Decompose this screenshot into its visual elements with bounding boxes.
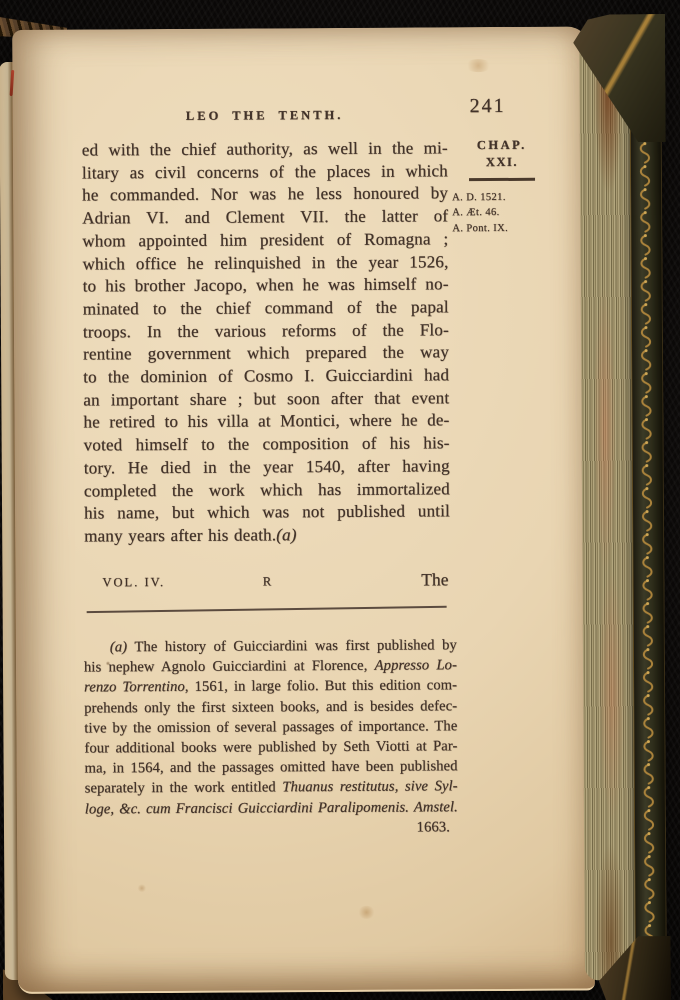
running-head: LEO THE TENTH. bbox=[82, 107, 448, 124]
foxing-spot bbox=[357, 906, 375, 919]
footnote-line: (a) The history of Guicciardini was firs… bbox=[84, 635, 457, 657]
body-line: many years after his death.(a) bbox=[84, 523, 450, 548]
body-line: rentine government which prepared the wa… bbox=[83, 342, 449, 367]
foxing-spot bbox=[137, 884, 146, 892]
marginal-note-pontificate: A. Pont. IX. bbox=[450, 220, 554, 236]
body-text: ed with the chief authority, as well in … bbox=[82, 137, 450, 548]
body-line: Adrian VI. and Clement VII. the latter o… bbox=[82, 205, 448, 230]
fore-edge-page-stack bbox=[579, 32, 637, 980]
body-line: tory. He died in the year 1540, after ha… bbox=[84, 455, 450, 480]
footnote-line: ma, in 1564, and the passages omitted ha… bbox=[85, 756, 458, 778]
book-page: LEO THE TENTH. 241 ed with the chief aut… bbox=[12, 26, 595, 994]
margin-rule bbox=[469, 178, 535, 181]
footnote-line: tive by the omission of several passages… bbox=[84, 716, 457, 738]
chapter-number: XXI. bbox=[450, 154, 554, 172]
body-line: which office he relinquished in the year… bbox=[82, 251, 448, 276]
body-line: his name, but which was not published un… bbox=[84, 501, 450, 526]
footnote: (a) The history of Guicciardini was firs… bbox=[84, 635, 458, 839]
footnote-line: separately in the work entitled Thuanus … bbox=[85, 777, 458, 799]
foxing-spot bbox=[464, 59, 492, 72]
signature-mark: R bbox=[263, 574, 272, 589]
footnote-reference-marker: (a) bbox=[276, 525, 297, 544]
footnote-line: loge, &c. cum Francisci Guicciardini Par… bbox=[85, 797, 458, 819]
footnote-rule bbox=[87, 606, 447, 613]
body-line: troops. In the various reforms of the Fl… bbox=[83, 319, 449, 344]
chapter-heading: CHAP. bbox=[450, 137, 554, 155]
catchword: The bbox=[421, 569, 448, 590]
signature-line: VOL. IV. R The bbox=[84, 569, 450, 595]
marginal-notes: CHAP. XXI. A. D. 1521. A. Æt. 46. A. Pon… bbox=[450, 137, 555, 237]
volume-label: VOL. IV. bbox=[102, 575, 165, 590]
body-line: litary as civil concerns of the places i… bbox=[82, 160, 448, 185]
cover-board-edge bbox=[629, 16, 667, 998]
body-line: an important share ; but soon after that… bbox=[83, 387, 449, 412]
body-line: ed with the chief authority, as well in … bbox=[82, 137, 448, 162]
footnote-line: 1663. bbox=[85, 817, 458, 839]
body-line: whom appointed him president of Romagna … bbox=[82, 228, 448, 253]
marginal-note-date: A. D. 1521. bbox=[450, 189, 554, 205]
footnote-line: four additional books were published by … bbox=[84, 736, 457, 758]
body-line: he retired to his villa at Montici, wher… bbox=[83, 410, 449, 435]
body-line: he commanded. Nor was he less honoured b… bbox=[82, 183, 448, 208]
body-line: completed the work which has immortalize… bbox=[84, 478, 450, 503]
body-line: voted himself to the composition of his … bbox=[84, 432, 450, 457]
body-line: minated to the chief command of the papa… bbox=[83, 296, 449, 321]
footnote-line: renzo Torrentino, 1561, in large folio. … bbox=[84, 676, 457, 698]
gilt-scroll-pattern bbox=[634, 26, 660, 986]
marginal-note-age: A. Æt. 46. bbox=[450, 205, 554, 221]
open-book: LEO THE TENTH. 241 ed with the chief aut… bbox=[0, 8, 675, 997]
page-number: 241 bbox=[470, 95, 506, 118]
footnote-line: prehends only the first sixteen books, a… bbox=[84, 696, 457, 718]
footnote-line: his nephew Agnolo Guicciardini at Floren… bbox=[84, 655, 457, 677]
body-line: to the dominion of Cosmo I. Guicciardini… bbox=[83, 364, 449, 389]
book-photograph-scene: LEO THE TENTH. 241 ed with the chief aut… bbox=[0, 0, 680, 1000]
body-line: to his brother Jacopo, when he was himse… bbox=[83, 274, 449, 299]
